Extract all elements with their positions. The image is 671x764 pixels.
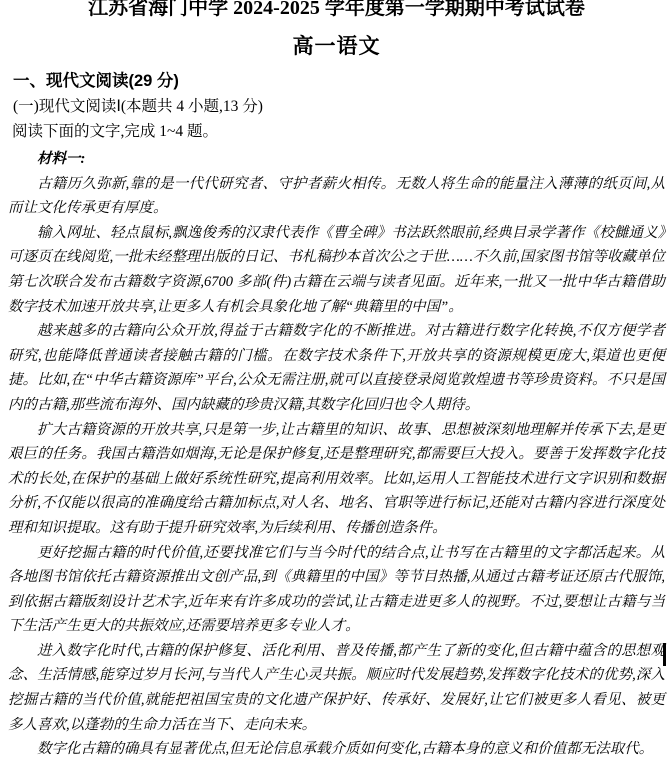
text-cursor	[663, 643, 666, 666]
document-page[interactable]: 江苏省海门中学 2024-2025 学年度第一学期期中考试试卷 高一语文 一、现…	[0, 0, 671, 764]
subsection-heading[interactable]: (一)现代文阅读Ⅰ(本题共 4 小题,13 分)	[13, 97, 665, 116]
material-paragraph-2[interactable]: 输入网址、轻点鼠标,飘逸俊秀的汉隶代表作《曹全碑》书法跃然眼前,经典目录学著作《…	[8, 221, 665, 319]
section-heading[interactable]: 一、现代文阅读(29 分)	[13, 71, 665, 91]
material-paragraph-6[interactable]: 进入数字化时代,古籍的保护修复、活化利用、普及传播,都产生了新的变化,但古籍中蕴…	[8, 639, 665, 737]
material-paragraph-4[interactable]: 扩大古籍资源的开放共享,只是第一步,让古籍里的知识、故事、思想被深刻地理解并传承…	[8, 418, 665, 541]
exam-title[interactable]: 江苏省海门中学 2024-2025 学年度第一学期期中考试试卷	[8, 0, 665, 19]
material-paragraph-1[interactable]: 古籍历久弥新,靠的是一代代研究者、守护者薪火相传。无数人将生命的能量注入薄薄的纸…	[8, 172, 665, 221]
material-paragraph-5[interactable]: 更好挖掘古籍的时代价值,还要找准它们与当今时代的结合点,让书写在古籍里的文字都活…	[8, 541, 665, 639]
material-1-label[interactable]: 材料一:	[8, 147, 665, 172]
material-paragraph-7[interactable]: 数字化古籍的确具有显著优点,但无论信息承载介质如何变化,古籍本身的意义和价值都无…	[8, 737, 665, 762]
reading-instruction[interactable]: 阅读下面的文字,完成 1~4 题。	[12, 122, 665, 141]
exam-subtitle[interactable]: 高一语文	[8, 34, 665, 58]
material-paragraph-3[interactable]: 越来越多的古籍向公众开放,得益于古籍数字化的不断推进。对古籍进行数字化转换,不仅…	[8, 319, 665, 417]
